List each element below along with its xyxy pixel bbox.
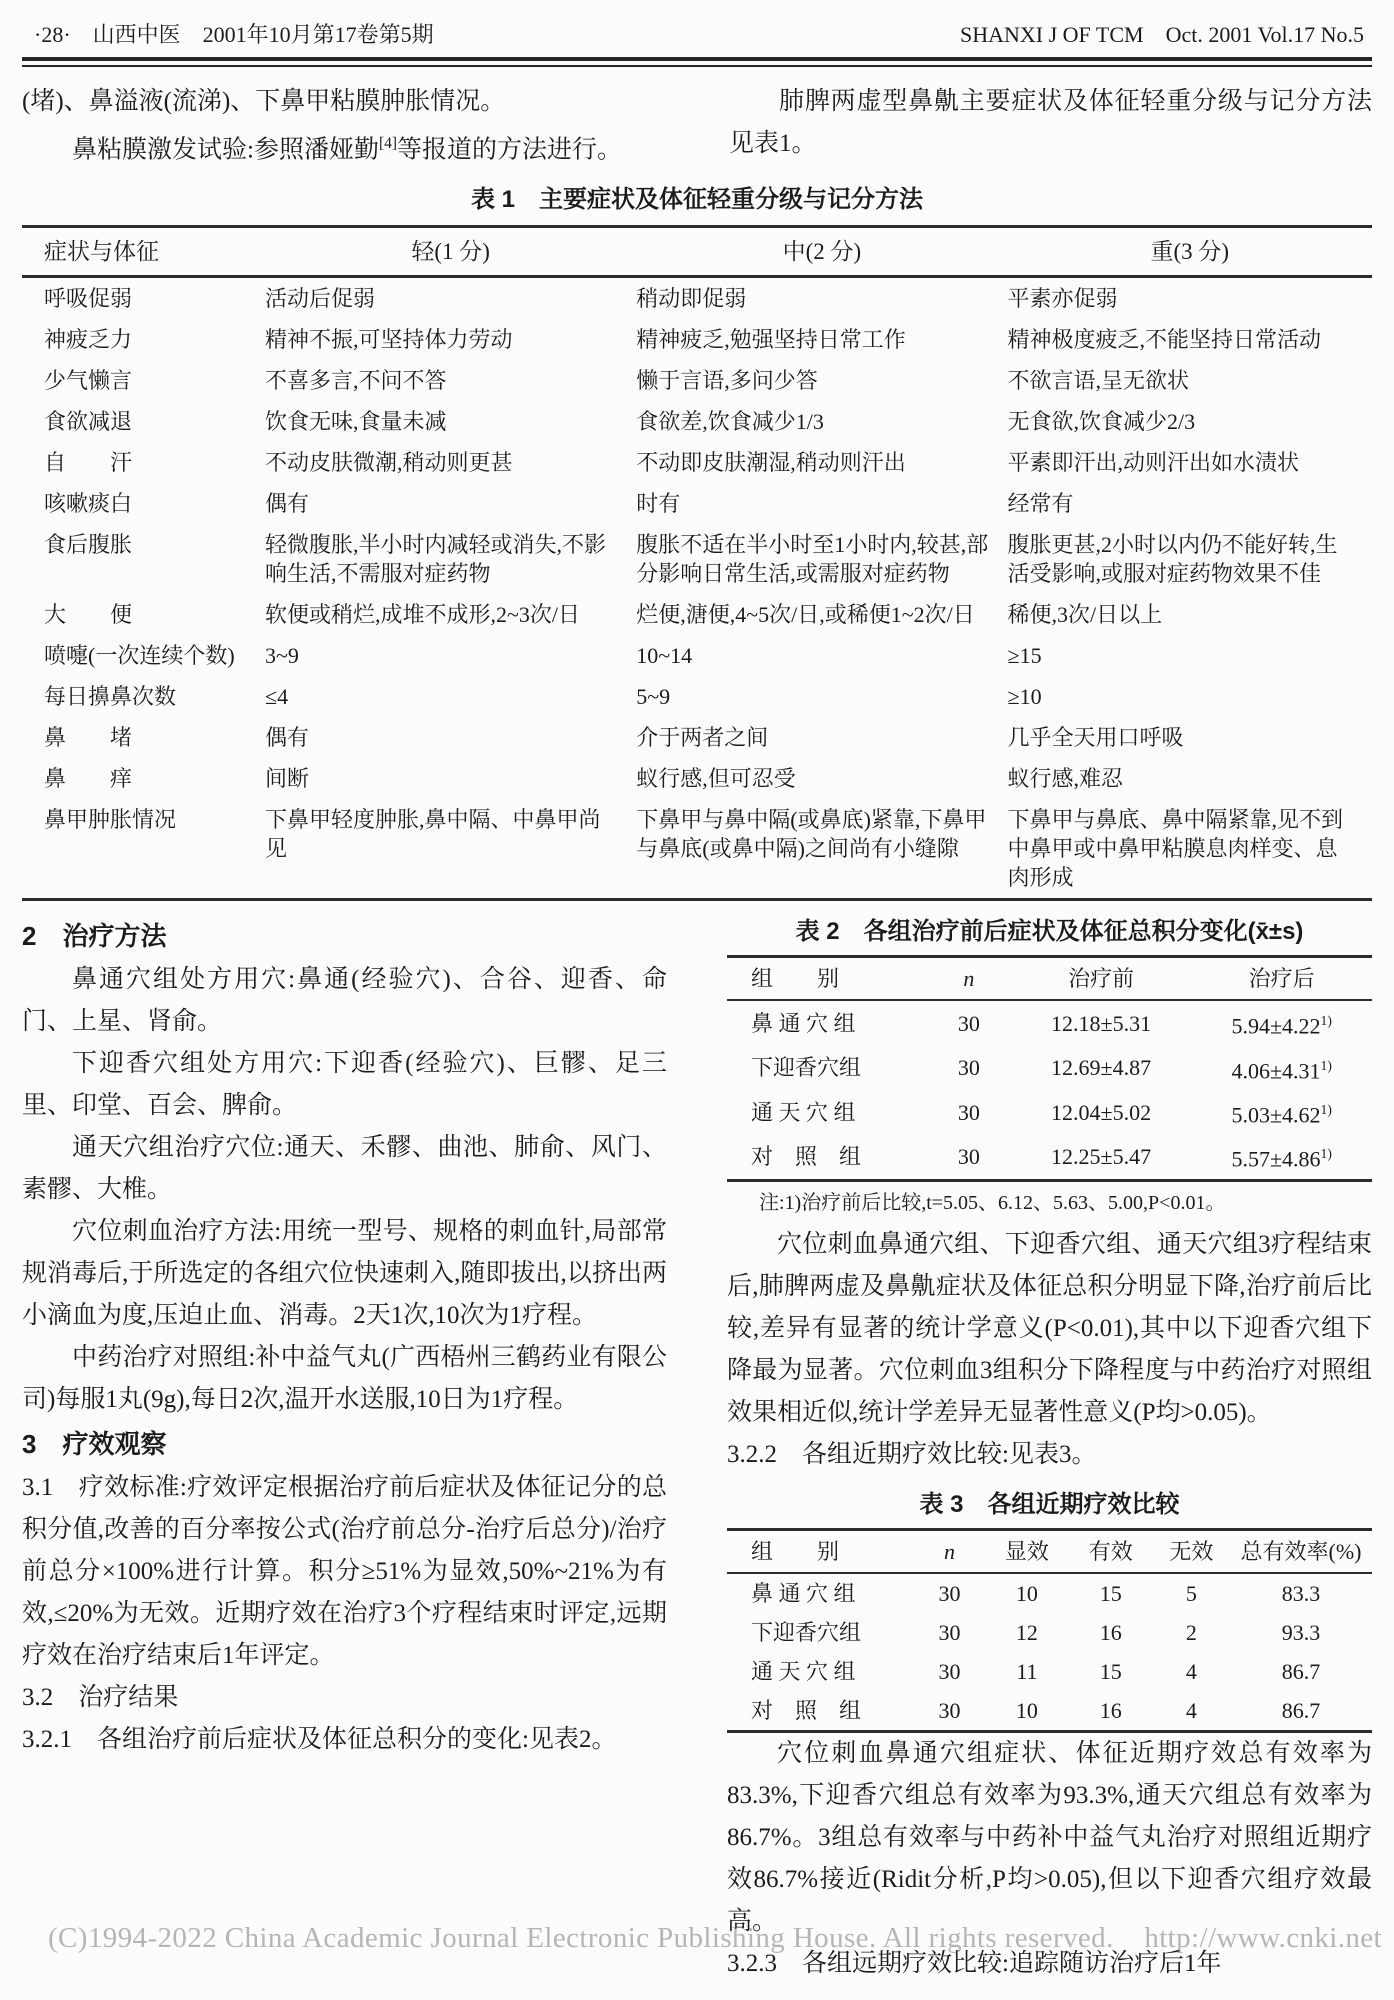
column-header: n: [914, 1529, 985, 1573]
column-header: 显效: [985, 1529, 1069, 1573]
paragraph: 下迎香穴组处方用穴:下迎香(经验穴)、巨髎、足三里、印堂、百会、脾俞。: [22, 1043, 667, 1127]
column-header: 治疗后: [1191, 957, 1372, 1001]
table-row: 对 照 组3012.25±5.475.57±4.861): [727, 1134, 1372, 1180]
page-header: ·28· 山西中医 2001年10月第17卷第5期 SHANXI J OF TC…: [22, 10, 1372, 57]
table-row: 喷嚏(一次连续个数)3~910~14≥15: [22, 635, 1372, 676]
paragraph: 肺脾两虚型鼻鼽主要症状及体征轻重分级与记分方法见表1。: [729, 81, 1372, 165]
column-header: 重(3 分): [1008, 227, 1373, 277]
column-header: 组 别: [727, 1529, 914, 1573]
table2-note: 注:1)治疗前后比较,t=5.05、6.12、5.63、5.00,P<0.01。: [727, 1182, 1372, 1224]
table1-symptom-grading: 症状与体征 轻(1 分) 中(2 分) 重(3 分) 呼吸促弱活动后促弱稍动即促…: [22, 225, 1372, 901]
table-row: 自 汗不动皮肤微潮,稍动则更甚不动即皮肤潮湿,稍动则汗出平素即汗出,动则汗出如水…: [22, 442, 1372, 483]
table-row: 对 照 组301016486.7: [727, 1691, 1372, 1732]
table-row: 呼吸促弱活动后促弱稍动即促弱平素亦促弱: [22, 277, 1372, 320]
table-row: 通 天 穴 组301115486.7: [727, 1652, 1372, 1691]
column-header: 组 别: [727, 957, 927, 1001]
table-row: 下迎香穴组301216293.3: [727, 1613, 1372, 1652]
intro-left-column: (堵)、鼻溢液(流涕)、下鼻甲粘膜肿胀情况。 鼻粘膜激发试验:参照潘娅勤[4]等…: [22, 81, 665, 171]
paragraph: 3.2.1 各组治疗前后症状及体征总积分的变化:见表2。: [22, 1719, 667, 1761]
section2-heading: 2 治疗方法: [22, 913, 667, 959]
right-column: 表 2 各组治疗前后症状及体征总积分变化(x̄±s) 组 别 n 治疗前 治疗后…: [727, 913, 1372, 1984]
reference-superscript: [4]: [379, 135, 397, 152]
copyright-watermark: (C)1994-2022 China Academic Journal Elec…: [48, 1922, 1382, 1955]
column-header: 总有效率(%): [1230, 1529, 1372, 1573]
paragraph: 穴位刺血鼻通穴组症状、体征近期疗效总有效率为83.3%,下迎香穴组总有效率为93…: [727, 1733, 1372, 1943]
paragraph: 鼻通穴组处方用穴:鼻通(经验穴)、合谷、迎香、命门、上星、肾俞。: [22, 959, 667, 1043]
intro-section: (堵)、鼻溢液(流涕)、下鼻甲粘膜肿胀情况。 鼻粘膜激发试验:参照潘娅勤[4]等…: [22, 81, 1372, 171]
table3-short-term-efficacy: 组 别 n 显效 有效 无效 总有效率(%) 鼻 通 穴 组301015583.…: [727, 1528, 1372, 1733]
table-row: 大 便软便或稍烂,成堆不成形,2~3次/日烂便,溏便,4~5次/日,或稀便1~2…: [22, 594, 1372, 635]
column-header: 症状与体征: [22, 227, 265, 277]
table3-title: 表 3 各组近期疗效比较: [727, 1488, 1372, 1522]
table-row: 少气懒言不喜多言,不问不答懒于言语,多问少答不欲言语,呈无欲状: [22, 360, 1372, 401]
paragraph: 鼻粘膜激发试验:参照潘娅勤[4]等报道的方法进行。: [22, 123, 665, 171]
table2-title: 表 2 各组治疗前后症状及体征总积分变化(x̄±s): [727, 915, 1372, 949]
table2-score-change: 组 别 n 治疗前 治疗后 鼻 通 穴 组3012.18±5.315.94±4.…: [727, 955, 1372, 1181]
paragraph: 穴位刺血治疗方法:用统一型号、规格的刺血针,局部常规消毒后,于所选定的各组穴位快…: [22, 1211, 667, 1337]
column-header: n: [927, 957, 1011, 1001]
paragraph: 中药治疗对照组:补中益气丸(广西梧州三鹤药业有限公司)每服1丸(9g),每日2次…: [22, 1337, 667, 1421]
column-header: 中(2 分): [636, 227, 1007, 277]
footnote-marker: 1): [1321, 1013, 1332, 1028]
table-row: 每日擤鼻次数≤45~9≥10: [22, 676, 1372, 717]
column-header: 有效: [1069, 1529, 1153, 1573]
journal-info-cn: ·28· 山西中医 2001年10月第17卷第5期: [34, 18, 434, 49]
table-row: 鼻 痒间断蚁行感,但可忍受蚁行感,难忍: [22, 758, 1372, 799]
table-header-row: 组 别 n 治疗前 治疗后: [727, 957, 1372, 1001]
footnote-marker: 1): [1321, 1058, 1332, 1073]
journal-page: ·28· 山西中医 2001年10月第17卷第5期 SHANXI J OF TC…: [0, 0, 1394, 1985]
table-row: 下迎香穴组3012.69±4.874.06±4.311): [727, 1046, 1372, 1090]
table1-title: 表 1 主要症状及体征轻重分级与记分方法: [22, 183, 1372, 217]
table-header-row: 组 别 n 显效 有效 无效 总有效率(%): [727, 1529, 1372, 1573]
table-row: 神疲乏力精神不振,可坚持体力劳动精神疲乏,勉强坚持日常工作精神极度疲乏,不能坚持…: [22, 319, 1372, 360]
journal-info-en: SHANXI J OF TCM Oct. 2001 Vol.17 No.5: [960, 18, 1364, 49]
table-row: 鼻 通 穴 组301015583.3: [727, 1573, 1372, 1613]
paragraph: (堵)、鼻溢液(流涕)、下鼻甲粘膜肿胀情况。: [22, 81, 665, 123]
table-row: 食欲减退饮食无味,食量未减食欲差,饮食减少1/3无食欲,饮食减少2/3: [22, 401, 1372, 442]
intro-right-column: 肺脾两虚型鼻鼽主要症状及体征轻重分级与记分方法见表1。: [729, 81, 1372, 171]
footnote-marker: 1): [1321, 1146, 1332, 1161]
column-header: 轻(1 分): [265, 227, 636, 277]
table-row: 通 天 穴 组3012.04±5.025.03±4.621): [727, 1090, 1372, 1134]
table-row: 鼻 堵偶有介于两者之间几乎全天用口呼吸: [22, 717, 1372, 758]
footnote-marker: 1): [1321, 1102, 1332, 1117]
section3-heading: 3 疗效观察: [22, 1421, 667, 1467]
column-header: 治疗前: [1011, 957, 1192, 1001]
table-row: 鼻甲肿胀情况下鼻甲轻度肿胀,鼻中隔、中鼻甲尚见下鼻甲与鼻中隔(或鼻底)紧靠,下鼻…: [22, 799, 1372, 900]
body-columns: 2 治疗方法 鼻通穴组处方用穴:鼻通(经验穴)、合谷、迎香、命门、上星、肾俞。 …: [22, 913, 1372, 1984]
table-header-row: 症状与体征 轻(1 分) 中(2 分) 重(3 分): [22, 227, 1372, 277]
header-rule: [22, 57, 1372, 67]
column-header: 无效: [1153, 1529, 1230, 1573]
paragraph: 3.1 疗效标准:疗效评定根据治疗前后症状及体征记分的总积分值,改善的百分率按公…: [22, 1467, 667, 1677]
paragraph: 3.2.2 各组近期疗效比较:见表3。: [727, 1434, 1372, 1476]
paragraph: 通天穴组治疗穴位:通天、禾髎、曲池、肺俞、风门、素髎、大椎。: [22, 1127, 667, 1211]
table-row: 咳嗽痰白偶有时有经常有: [22, 483, 1372, 524]
paragraph: 3.2 治疗结果: [22, 1677, 667, 1719]
left-column: 2 治疗方法 鼻通穴组处方用穴:鼻通(经验穴)、合谷、迎香、命门、上星、肾俞。 …: [22, 913, 667, 1984]
table-row: 食后腹胀轻微腹胀,半小时内减轻或消失,不影响生活,不需服对症药物腹胀不适在半小时…: [22, 524, 1372, 594]
table-row: 鼻 通 穴 组3012.18±5.315.94±4.221): [727, 1000, 1372, 1045]
paragraph: 穴位刺血鼻通穴组、下迎香穴组、通天穴组3疗程结束后,肺脾两虚及鼻鼽症状及体征总积…: [727, 1224, 1372, 1434]
